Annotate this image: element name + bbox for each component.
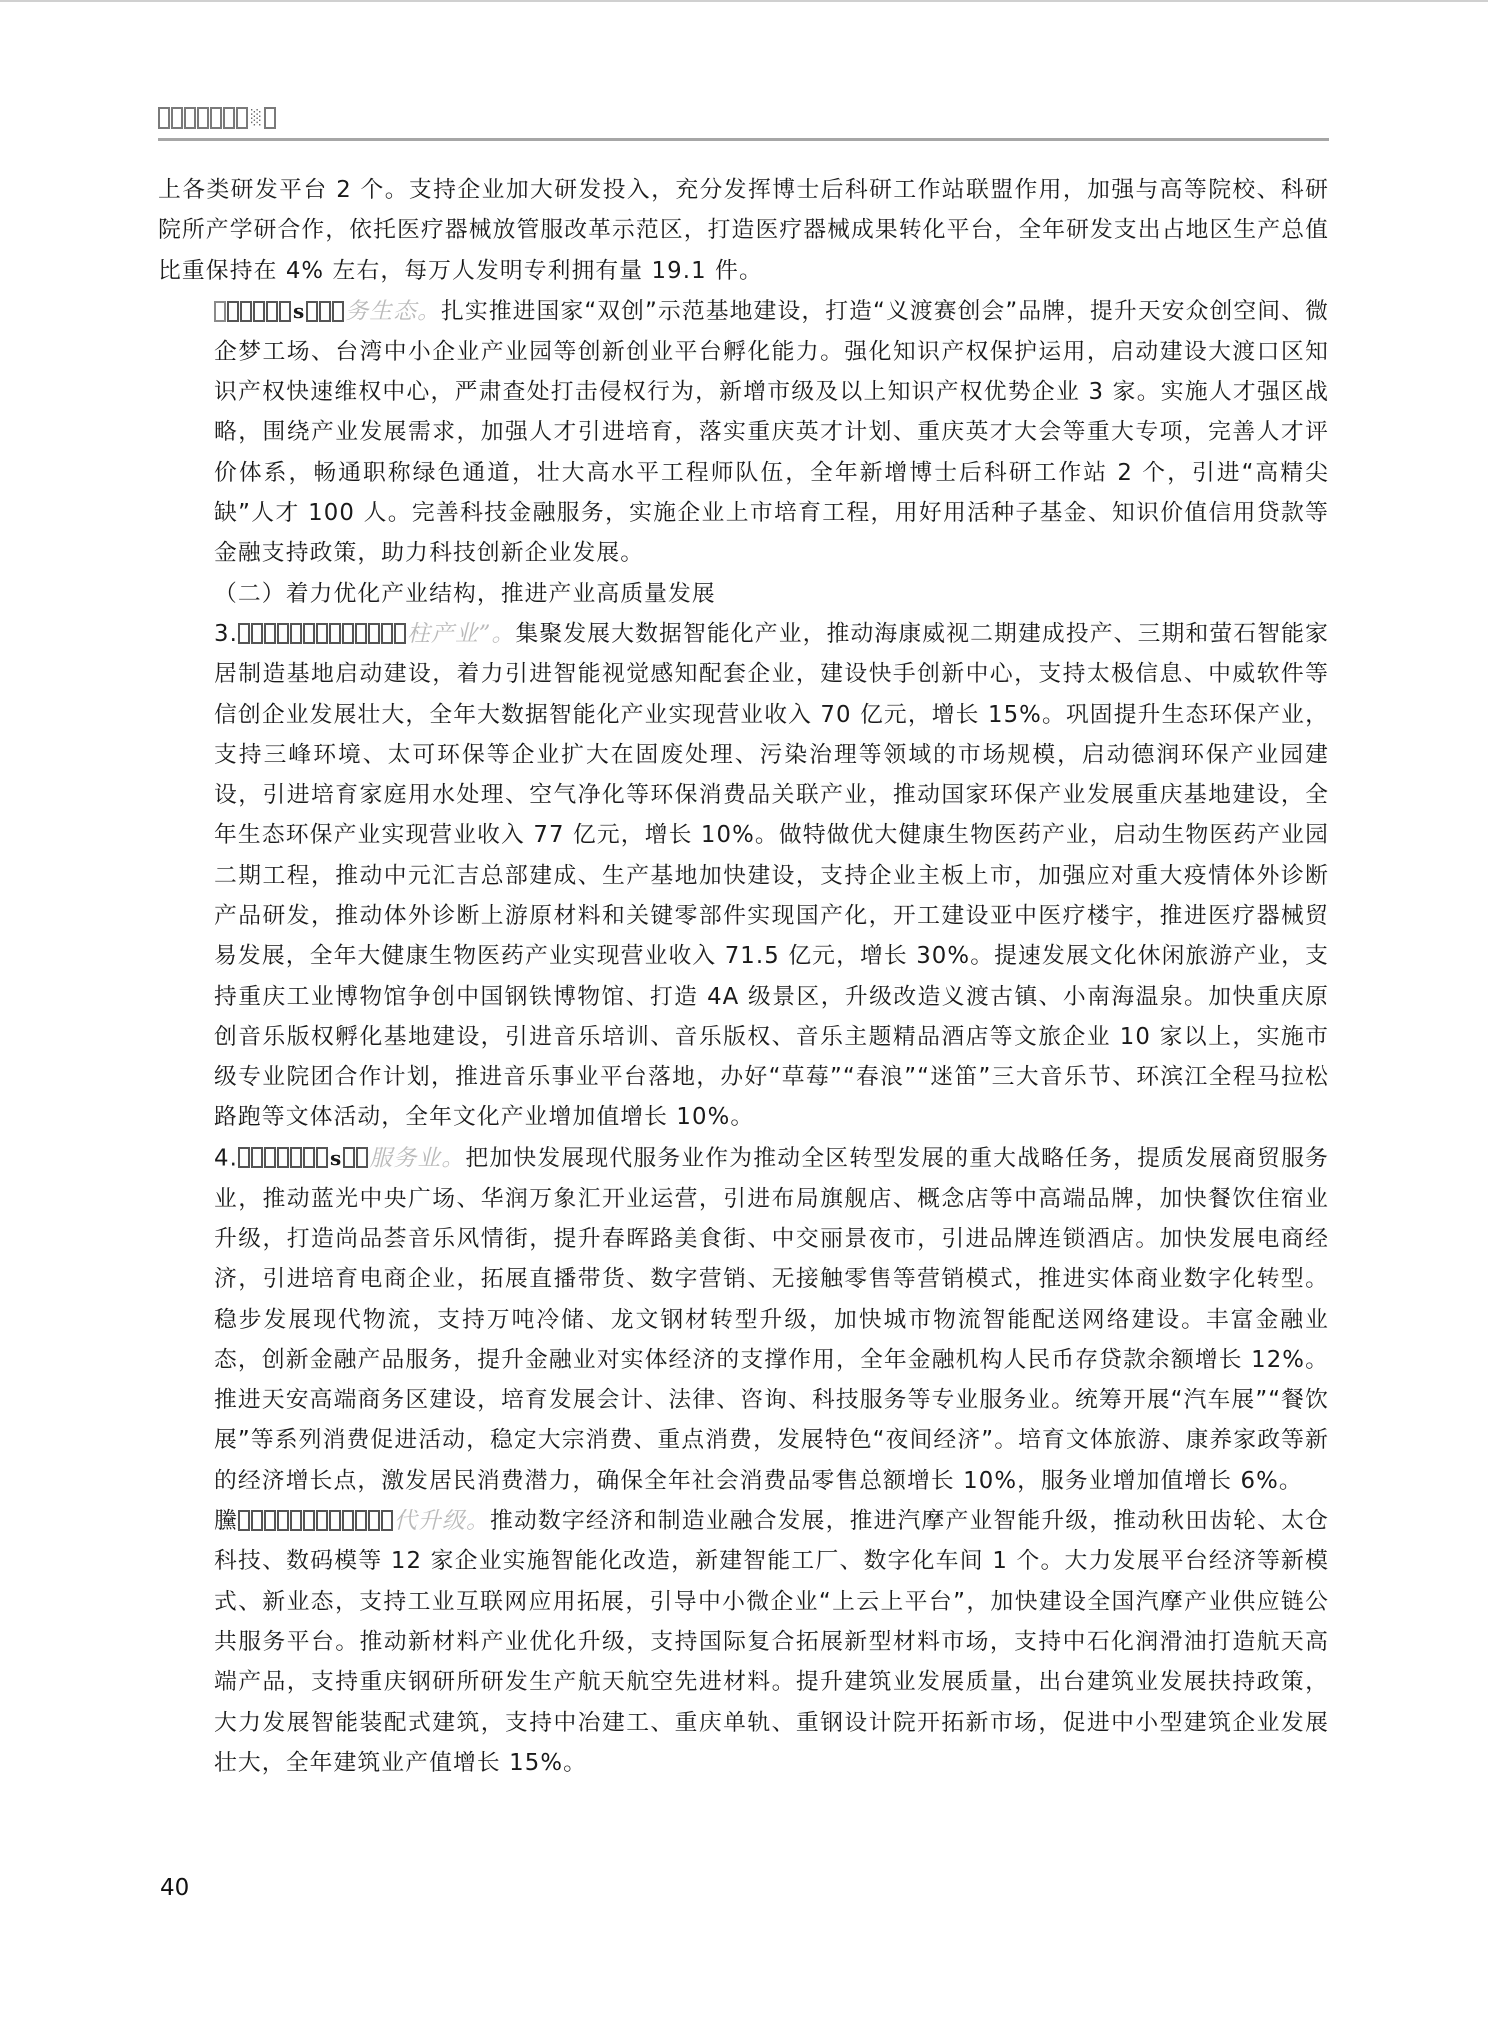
missing-glyph-box xyxy=(303,1147,315,1168)
header-garbled-glyph: ░ xyxy=(251,110,262,126)
missing-glyph-box xyxy=(319,301,331,322)
missing-glyph-box xyxy=(381,1510,393,1531)
paragraph-text: 扎实推进国家“双创”示范基地建设，打造“义渡赛创会”品牌，提升天安众创空间、微企… xyxy=(214,299,1329,567)
missing-glyph-box xyxy=(316,623,328,644)
missing-glyph-box xyxy=(240,301,252,322)
missing-glyph-box xyxy=(356,1147,368,1168)
missing-glyph-box xyxy=(214,301,226,322)
missing-glyph-box xyxy=(316,1147,328,1168)
garbled-heading xyxy=(238,1510,394,1531)
missing-glyph-box xyxy=(264,1147,276,1168)
missing-glyph-box xyxy=(251,1147,263,1168)
missing-glyph-box xyxy=(158,107,170,129)
document-body: 上各类研发平台 2 个。支持企业加大研发投入，充分发挥博士后科研工作站联盟作用，… xyxy=(158,170,1329,1783)
garbled-glyph: s xyxy=(293,291,305,331)
running-header: ░ xyxy=(158,104,277,132)
missing-glyph-box xyxy=(279,301,291,322)
missing-glyph-box xyxy=(251,1510,263,1531)
missing-glyph-box xyxy=(368,623,380,644)
heading-ghost-text: 务生态。 xyxy=(345,299,441,325)
paragraph-text: 把加快发展现代服务业作为推动全区转型发展的重大战略任务，提质发展商贸服务业，推动… xyxy=(214,1145,1329,1493)
paragraph-modern-services: 4.s服务业。把加快发展现代服务业作为推动全区转型发展的重大战略任务，提质发展商… xyxy=(158,1138,1329,1501)
item-number: 3. xyxy=(214,621,238,647)
missing-glyph-box xyxy=(381,623,393,644)
missing-glyph-box xyxy=(290,623,302,644)
missing-glyph-box xyxy=(394,623,406,644)
missing-glyph-box xyxy=(368,1510,380,1531)
missing-glyph-box xyxy=(236,107,248,129)
garbled-heading: s xyxy=(214,291,345,331)
missing-glyph-box xyxy=(251,623,263,644)
missing-glyph-box xyxy=(342,623,354,644)
page-top-border xyxy=(0,0,1488,2)
missing-glyph-box xyxy=(264,1510,276,1531)
missing-glyph-box xyxy=(264,107,276,129)
missing-glyph-box xyxy=(277,1147,289,1168)
paragraph-traditional-upgrade: 黱代升级。推动数字经济和制造业融合发展，推进汽摩产业智能升级，推动秋田齿轮、太仓… xyxy=(158,1501,1329,1783)
missing-glyph-box xyxy=(332,301,344,322)
missing-glyph-box xyxy=(316,1510,328,1531)
garbled-glyph: s xyxy=(330,1138,342,1178)
missing-glyph-box xyxy=(253,301,265,322)
missing-glyph-box xyxy=(238,623,250,644)
missing-glyph-box xyxy=(329,623,341,644)
paragraph-innovation-ecosystem: s务生态。扎实推进国家“双创”示范基地建设，打造“义渡赛创会”品牌，提升天安众创… xyxy=(158,291,1329,574)
item-number: 4. xyxy=(214,1145,238,1171)
missing-glyph-box xyxy=(290,1147,302,1168)
header-rule xyxy=(158,138,1329,141)
paragraph-research-platforms: 上各类研发平台 2 个。支持企业加大研发投入，充分发挥博士后科研工作站联盟作用，… xyxy=(158,170,1329,291)
paragraph-pillar-industries: 3.柱产业”。集聚发展大数据智能化产业，推动海康威视二期建成投产、三期和萤石智能… xyxy=(158,614,1329,1138)
missing-glyph-box xyxy=(238,1510,250,1531)
missing-glyph-box xyxy=(306,301,318,322)
missing-glyph-box xyxy=(197,107,209,129)
missing-glyph-box xyxy=(210,107,222,129)
missing-glyph-box xyxy=(277,623,289,644)
missing-glyph-box xyxy=(171,107,183,129)
missing-glyph-box xyxy=(303,1510,315,1531)
missing-glyph-box xyxy=(238,1147,250,1168)
missing-glyph-box xyxy=(223,107,235,129)
heading-ghost-text: 柱产业”。 xyxy=(407,621,516,647)
missing-glyph-box xyxy=(355,623,367,644)
missing-glyph-box xyxy=(303,623,315,644)
missing-glyph-box xyxy=(266,301,278,322)
garbled-heading xyxy=(238,623,407,644)
missing-glyph-box xyxy=(227,301,239,322)
heading-ghost-text: 服务业。 xyxy=(369,1145,465,1171)
document-page: ░ 上各类研发平台 2 个。支持企业加大研发投入，充分发挥博士后科研工作站联盟作… xyxy=(0,0,1488,2019)
missing-glyph-box xyxy=(329,1510,341,1531)
paragraph-text: 集聚发展大数据智能化产业，推动海康威视二期建成投产、三期和萤石智能家居制造基地启… xyxy=(214,621,1329,1131)
garbled-prefix: 黱 xyxy=(214,1508,238,1534)
heading-ghost-text: 代升级。 xyxy=(394,1508,490,1534)
missing-glyph-box xyxy=(355,1510,367,1531)
missing-glyph-box xyxy=(184,107,196,129)
missing-glyph-box xyxy=(343,1147,355,1168)
section-heading: （二）着力优化产业结构，推进产业高质量发展 xyxy=(158,574,1329,614)
missing-glyph-box xyxy=(277,1510,289,1531)
garbled-heading: s xyxy=(238,1138,369,1178)
missing-glyph-box xyxy=(290,1510,302,1531)
missing-glyph-box xyxy=(264,623,276,644)
paragraph-text: 推动数字经济和制造业融合发展，推进汽摩产业智能升级，推动秋田齿轮、太仓科技、数码… xyxy=(214,1508,1329,1776)
page-number: 40 xyxy=(160,1875,189,1901)
missing-glyph-box xyxy=(342,1510,354,1531)
